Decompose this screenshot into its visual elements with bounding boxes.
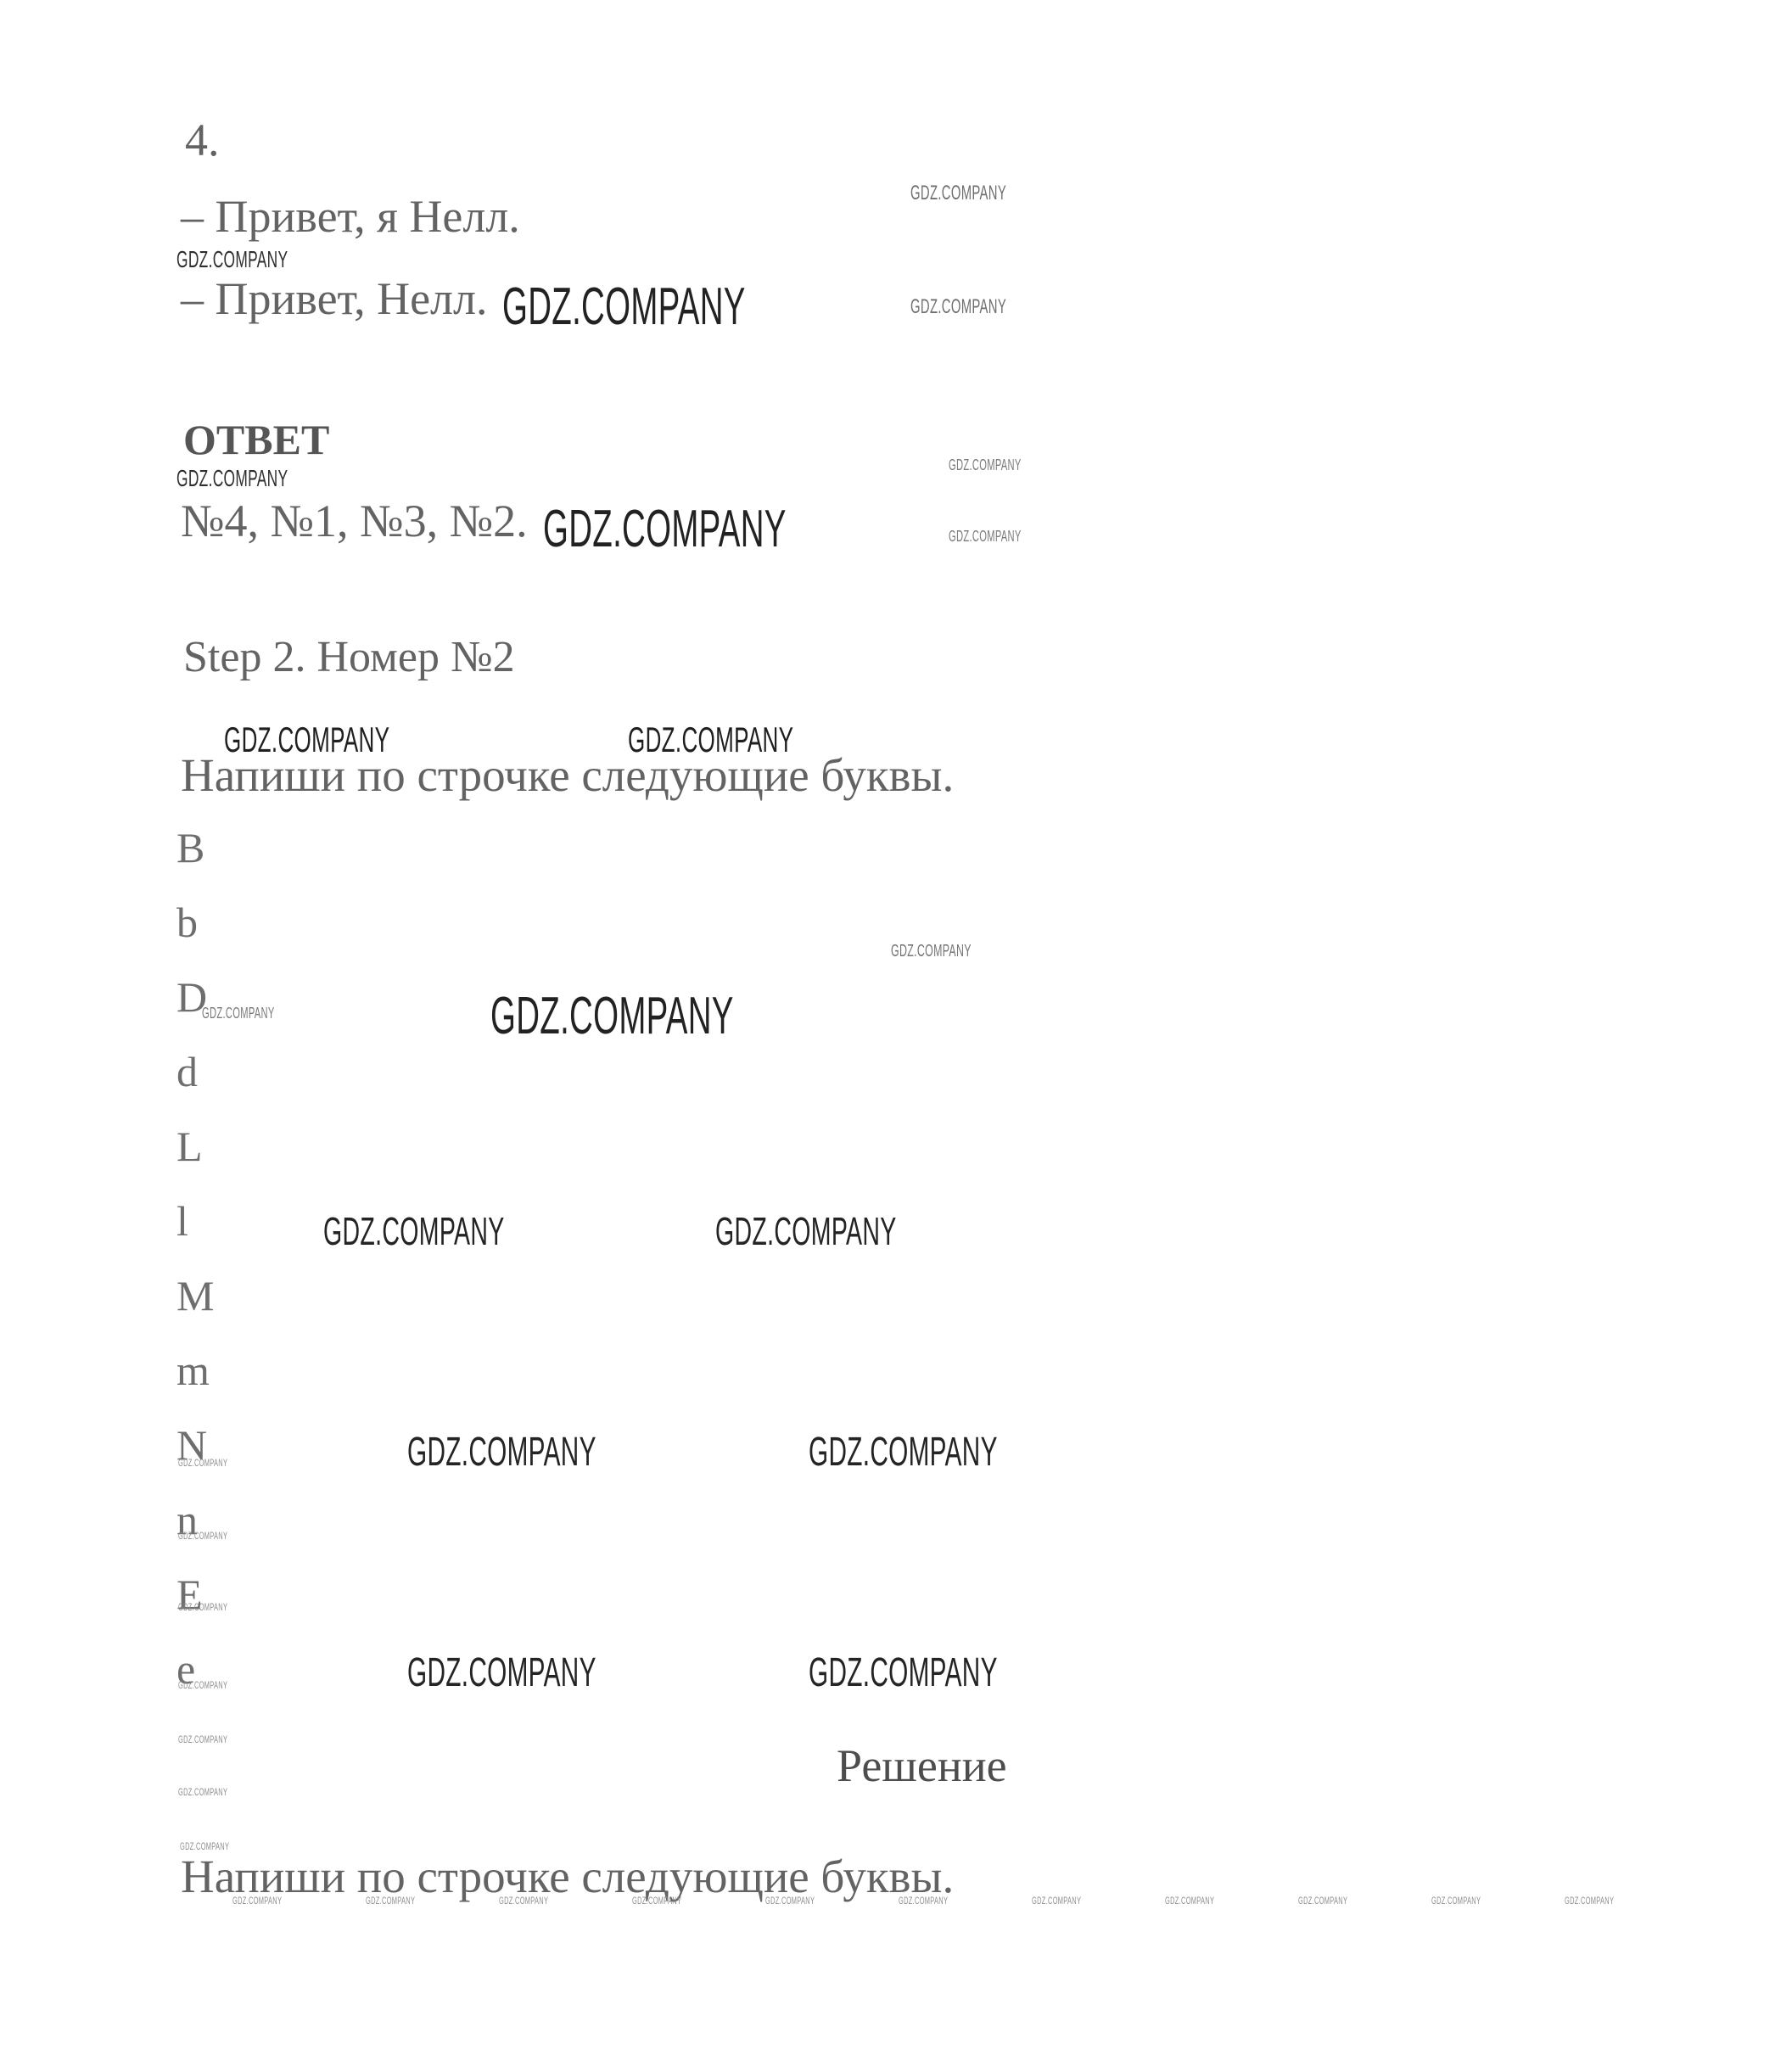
gdz-watermark: GDZ.COMPANY xyxy=(178,1601,227,1613)
gdz-watermark: GDZ.COMPANY xyxy=(176,465,288,492)
gdz-watermark: GDZ.COMPANY xyxy=(899,1895,948,1907)
gdz-watermark: GDZ.COMPANY xyxy=(1298,1895,1347,1907)
gdz-watermark: GDZ.COMPANY xyxy=(178,1786,227,1798)
practice-letter: B xyxy=(176,810,214,885)
gdz-watermark: GDZ.COMPANY xyxy=(502,278,746,336)
answer-sequence: №4, №1, №3, №2. xyxy=(181,496,528,546)
gdz-watermark: GDZ.COMPANY xyxy=(543,501,787,558)
dialogue-line-2: – Привет, Нелл. xyxy=(181,273,487,324)
gdz-watermark: GDZ.COMPANY xyxy=(407,1429,596,1476)
practice-letter: L xyxy=(176,1109,214,1184)
gdz-watermark: GDZ.COMPANY xyxy=(499,1895,548,1907)
gdz-watermark: GDZ.COMPANY xyxy=(1165,1895,1214,1907)
gdz-watermark: GDZ.COMPANY xyxy=(910,182,1006,205)
gdz-watermark: GDZ.COMPANY xyxy=(202,1005,275,1022)
practice-letter: l xyxy=(176,1184,214,1258)
practice-letter: N xyxy=(176,1408,214,1482)
step2-instruction: Напиши по строчке следующие буквы. xyxy=(181,750,954,802)
practice-letter: n xyxy=(176,1482,214,1557)
gdz-watermark: GDZ.COMPANY xyxy=(178,1530,227,1542)
gdz-watermark: GDZ.COMPANY xyxy=(1565,1895,1614,1907)
gdz-watermark: GDZ.COMPANY xyxy=(178,1733,227,1745)
gdz-watermark: GDZ.COMPANY xyxy=(232,1895,282,1907)
gdz-watermark: GDZ.COMPANY xyxy=(1032,1895,1081,1907)
gdz-watermark: GDZ.COMPANY xyxy=(178,1679,227,1691)
gdz-watermark: GDZ.COMPANY xyxy=(715,1208,897,1254)
gdz-watermark: GDZ.COMPANY xyxy=(490,986,734,1046)
practice-letters-column: B b D d L l M m N n E e xyxy=(176,810,214,1706)
gdz-watermark: GDZ.COMPANY xyxy=(1431,1895,1481,1907)
answer-sequence-row: №4, №1, №3, №2.GDZ.COMPANY xyxy=(181,490,935,548)
gdz-watermark: GDZ.COMPANY xyxy=(323,1208,505,1254)
gdz-watermark: GDZ.COMPANY xyxy=(178,1457,227,1469)
practice-letter: b xyxy=(176,885,214,960)
gdz-watermark: GDZ.COMPANY xyxy=(910,295,1006,319)
gdz-watermark: GDZ.COMPANY xyxy=(891,942,972,961)
watermark-row: GDZ.COMPANY GDZ.COMPANY GDZ.COMPANY GDZ.… xyxy=(232,1895,1514,1907)
practice-letter: E xyxy=(176,1557,214,1632)
dialogue-line-1: – Привет, я Нелл. xyxy=(181,192,520,242)
practice-letter: D xyxy=(176,960,214,1034)
gdz-watermark: GDZ.COMPANY xyxy=(366,1895,415,1907)
solution-heading: Решение xyxy=(837,1741,1007,1791)
gdz-watermark: GDZ.COMPANY xyxy=(407,1649,596,1696)
gdz-answer-page: 4. GDZ.COMPANY – Привет, я Нелл. GDZ.COM… xyxy=(0,0,1792,2072)
gdz-watermark: GDZ.COMPANY xyxy=(765,1895,815,1907)
practice-letter: m xyxy=(176,1333,214,1408)
gdz-watermark: GDZ.COMPANY xyxy=(809,1649,998,1696)
step2-title: Step 2. Номер №2 xyxy=(183,633,515,681)
practice-letter: d xyxy=(176,1034,214,1109)
gdz-watermark: GDZ.COMPANY xyxy=(632,1895,681,1907)
gdz-watermark: GDZ.COMPANY xyxy=(949,528,1022,546)
answer-heading: ОТВЕТ xyxy=(183,417,329,463)
gdz-watermark: GDZ.COMPANY xyxy=(949,456,1022,474)
task-number: 4. xyxy=(185,115,220,165)
gdz-watermark: GDZ.COMPANY xyxy=(809,1429,998,1476)
dialogue-line-2-row: – Привет, Нелл.GDZ.COMPANY xyxy=(181,268,895,326)
practice-letter: e xyxy=(176,1632,214,1706)
practice-letter: M xyxy=(176,1258,214,1333)
